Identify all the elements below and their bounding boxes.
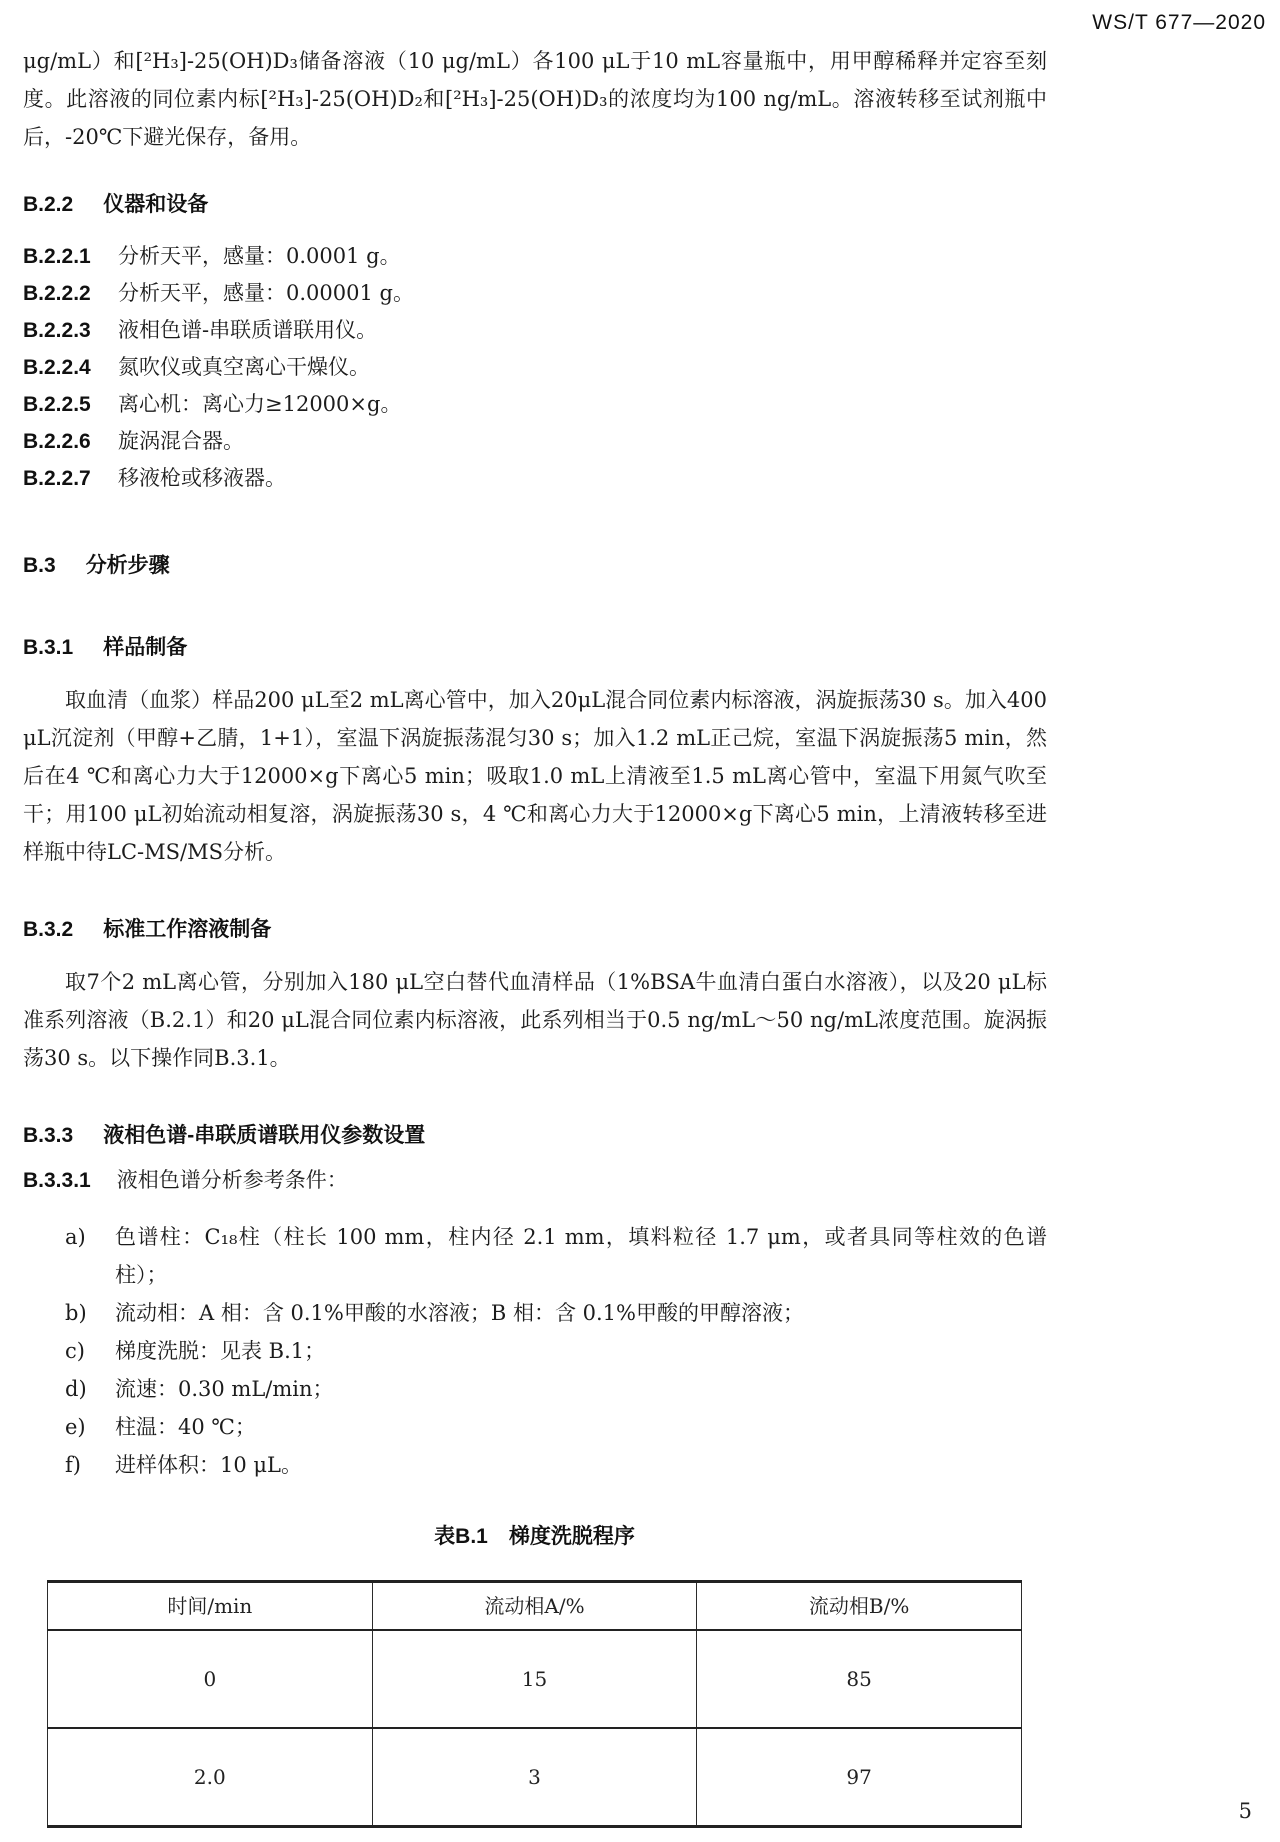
condition-label: f) — [65, 1446, 81, 1484]
clause-text: 液相色谱-串联质谱联用仪。 — [118, 318, 377, 342]
cell-phase-a: 3 — [372, 1728, 697, 1827]
gradient-elution-table: 时间/min 流动相A/% 流动相B/% 0 15 85 2.0 3 97 — [47, 1580, 1022, 1828]
clause-num: B.2.2.1 — [23, 238, 118, 275]
heading-b22-title: 仪器和设备 — [103, 193, 208, 216]
table-header: 时间/min 流动相A/% 流动相B/% — [48, 1582, 1022, 1631]
table-row: 0 15 85 — [48, 1630, 1022, 1728]
clause-num: B.2.2.6 — [23, 423, 118, 460]
heading-b3: B.3分析步骤 — [23, 547, 1047, 585]
equipment-item: B.2.2.3液相色谱-串联质谱联用仪。 — [23, 312, 1047, 349]
doc-number: WS/T 677—2020 — [23, 10, 1280, 36]
equipment-item: B.2.2.2分析天平，感量：0.00001 g。 — [23, 275, 1047, 312]
col-header-phase-a: 流动相A/% — [372, 1582, 697, 1631]
heading-b331-title: 液相色谱分析参考条件： — [117, 1168, 348, 1192]
condition-item: b)流动相：A 相：含 0.1%甲酸的水溶液；B 相：含 0.1%甲酸的甲醇溶液… — [23, 1294, 1047, 1332]
condition-label: d) — [65, 1370, 87, 1408]
heading-b32-title: 标准工作溶液制备 — [103, 918, 271, 941]
heading-b33: B.3.3液相色谱-串联质谱联用仪参数设置 — [23, 1117, 1047, 1155]
condition-label: e) — [65, 1408, 86, 1446]
equipment-list: B.2.2.1分析天平，感量：0.0001 g。 B.2.2.2分析天平，感量：… — [23, 238, 1047, 497]
clause-text: 离心机：离心力≥12000×g。 — [118, 392, 401, 416]
cell-phase-a: 15 — [372, 1630, 697, 1728]
cell-time: 0 — [48, 1630, 373, 1728]
intro-paragraph: μg/mL）和[²H₃]-25(OH)D₃储备溶液（10 μg/mL）各100 … — [23, 42, 1047, 156]
condition-label: b) — [65, 1294, 87, 1332]
col-header-phase-b: 流动相B/% — [697, 1582, 1022, 1631]
heading-b31-title: 样品制备 — [103, 636, 187, 659]
heading-b31-num: B.3.1 — [23, 629, 73, 667]
page-number: 5 — [1239, 1792, 1252, 1830]
condition-item: e)柱温：40 ℃； — [23, 1408, 1047, 1446]
table-row: 2.0 3 97 — [48, 1728, 1022, 1827]
cell-time: 2.0 — [48, 1728, 373, 1827]
equipment-item: B.2.2.7移液枪或移液器。 — [23, 460, 1047, 497]
table-title: 表B.1 梯度洗脱程序 — [47, 1518, 1022, 1556]
clause-num: B.2.2.4 — [23, 349, 118, 386]
paragraph-standard-solution: 取7个2 mL离心管，分别加入180 μL空白替代血清样品（1%BSA牛血清白蛋… — [23, 963, 1047, 1077]
cell-phase-b: 85 — [697, 1630, 1022, 1728]
clause-text: 氮吹仪或真空离心干燥仪。 — [118, 355, 370, 379]
heading-b33-num: B.3.3 — [23, 1117, 73, 1155]
condition-text: 流动相：A 相：含 0.1%甲酸的水溶液；B 相：含 0.1%甲酸的甲醇溶液； — [115, 1301, 804, 1325]
condition-text: 进样体积：10 μL。 — [115, 1453, 302, 1477]
lc-conditions-list: a)色谱柱：C₁₈柱（柱长 100 mm，柱内径 2.1 mm，填料粒径 1.7… — [23, 1218, 1047, 1484]
document-page: WS/T 677—2020 μg/mL）和[²H₃]-25(OH)D₃储备溶液（… — [0, 0, 1280, 1842]
table-header-row: 时间/min 流动相A/% 流动相B/% — [48, 1582, 1022, 1631]
clause-text: 旋涡混合器。 — [118, 429, 244, 453]
cell-phase-b: 97 — [697, 1728, 1022, 1827]
heading-b32: B.3.2标准工作溶液制备 — [23, 911, 1047, 949]
clause-num: B.2.2.5 — [23, 386, 118, 423]
equipment-item: B.2.2.6旋涡混合器。 — [23, 423, 1047, 460]
heading-b331: B.3.3.1液相色谱分析参考条件： — [23, 1161, 1047, 1200]
condition-item: d)流速：0.30 mL/min； — [23, 1370, 1047, 1408]
equipment-item: B.2.2.5离心机：离心力≥12000×g。 — [23, 386, 1047, 423]
heading-b22: B.2.2仪器和设备 — [23, 186, 1047, 224]
clause-text: 分析天平，感量：0.0001 g。 — [118, 244, 401, 268]
col-header-time: 时间/min — [48, 1582, 373, 1631]
condition-label: a) — [65, 1218, 86, 1256]
equipment-item: B.2.2.4氮吹仪或真空离心干燥仪。 — [23, 349, 1047, 386]
table-body: 0 15 85 2.0 3 97 — [48, 1630, 1022, 1827]
condition-text: 柱温：40 ℃； — [115, 1415, 256, 1439]
heading-b22-num: B.2.2 — [23, 186, 73, 224]
clause-num: B.2.2.3 — [23, 312, 118, 349]
condition-text: 流速：0.30 mL/min； — [115, 1377, 334, 1401]
condition-text: 色谱柱：C₁₈柱（柱长 100 mm，柱内径 2.1 mm，填料粒径 1.7 μ… — [115, 1225, 1047, 1287]
heading-b331-num: B.3.3.1 — [23, 1162, 91, 1200]
heading-b32-num: B.3.2 — [23, 911, 73, 949]
heading-b3-title: 分析步骤 — [86, 554, 170, 577]
equipment-item: B.2.2.1分析天平，感量：0.0001 g。 — [23, 238, 1047, 275]
condition-item: a)色谱柱：C₁₈柱（柱长 100 mm，柱内径 2.1 mm，填料粒径 1.7… — [23, 1218, 1047, 1294]
heading-b3-num: B.3 — [23, 547, 56, 585]
heading-b33-title: 液相色谱-串联质谱联用仪参数设置 — [103, 1124, 425, 1147]
clause-num: B.2.2.2 — [23, 275, 118, 312]
paragraph-sample-prep: 取血清（血浆）样品200 μL至2 mL离心管中，加入20μL混合同位素内标溶液… — [23, 681, 1047, 871]
condition-label: c) — [65, 1332, 85, 1370]
condition-item: c)梯度洗脱：见表 B.1； — [23, 1332, 1047, 1370]
condition-text: 梯度洗脱：见表 B.1； — [115, 1339, 325, 1363]
heading-b31: B.3.1样品制备 — [23, 629, 1047, 667]
clause-num: B.2.2.7 — [23, 460, 118, 497]
page-content: μg/mL）和[²H₃]-25(OH)D₃储备溶液（10 μg/mL）各100 … — [23, 42, 1047, 1828]
condition-item: f)进样体积：10 μL。 — [23, 1446, 1047, 1484]
clause-text: 分析天平，感量：0.00001 g。 — [118, 281, 414, 305]
clause-text: 移液枪或移液器。 — [118, 466, 286, 490]
